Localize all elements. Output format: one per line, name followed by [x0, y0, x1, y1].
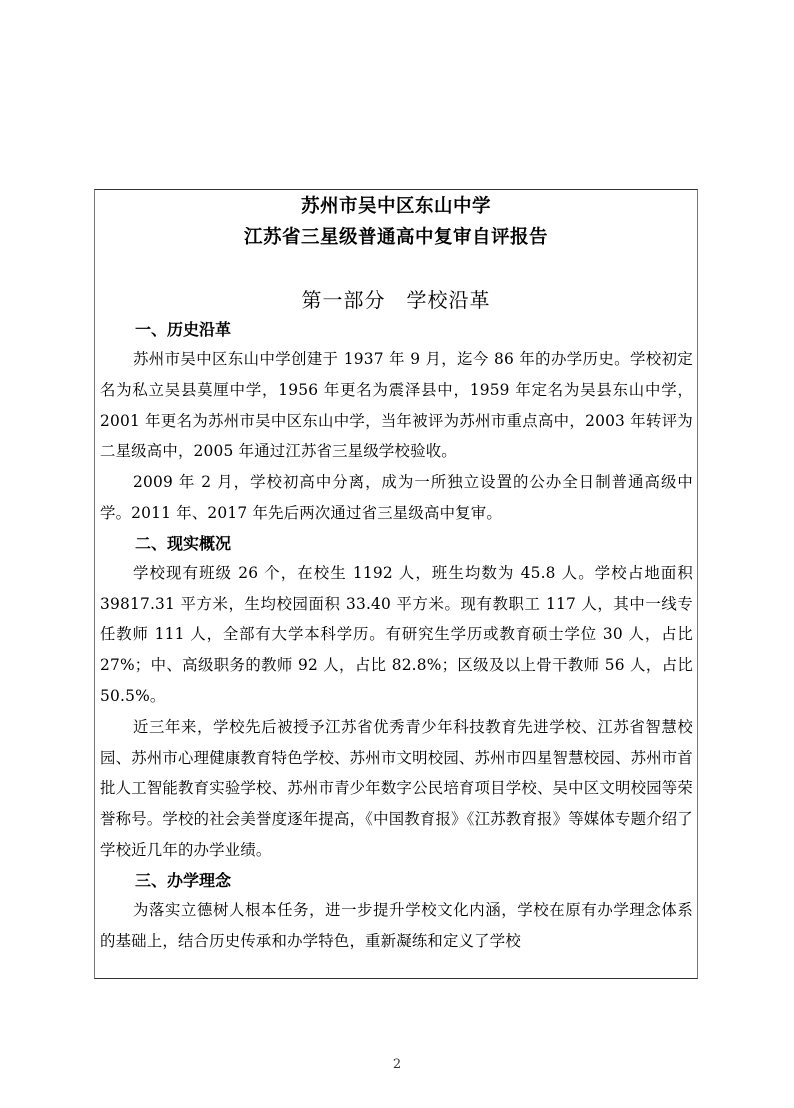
section-heading-history: 一、历史沿革 [95, 315, 697, 344]
document-title-report: 江苏省三星级普通高中复审自评报告 [95, 222, 697, 253]
history-paragraph-2: 2009 年 2 月，学校初高中分离，成为一所独立设置的公办全日制普通高级中学。… [95, 467, 697, 529]
document-title-school: 苏州市吴中区东山中学 [95, 190, 697, 222]
part-title: 第一部分 学校沿革 [95, 285, 697, 315]
section-heading-current-status: 二、现实概况 [95, 529, 697, 558]
report-content-box: 苏州市吴中区东山中学 江苏省三星级普通高中复审自评报告 第一部分 学校沿革 一、… [94, 189, 698, 979]
page-number: 2 [0, 1057, 794, 1072]
history-paragraph-1: 苏州市吴中区东山中学创建于 1937 年 9 月，迄今 86 年的办学历史。学校… [95, 344, 697, 467]
philosophy-paragraph-1: 为落实立德树人根本任务，进一步提升学校文化内涵，学校在原有办学理念体系的基础上，… [95, 895, 697, 957]
status-paragraph-1: 学校现有班级 26 个，在校生 1192 人，班生均数为 45.8 人。学校占地… [95, 558, 697, 712]
status-paragraph-2: 近三年来，学校先后被授予江苏省优秀青少年科技教育先进学校、江苏省智慧校园、苏州市… [95, 712, 697, 866]
section-heading-philosophy: 三、办学理念 [95, 866, 697, 895]
